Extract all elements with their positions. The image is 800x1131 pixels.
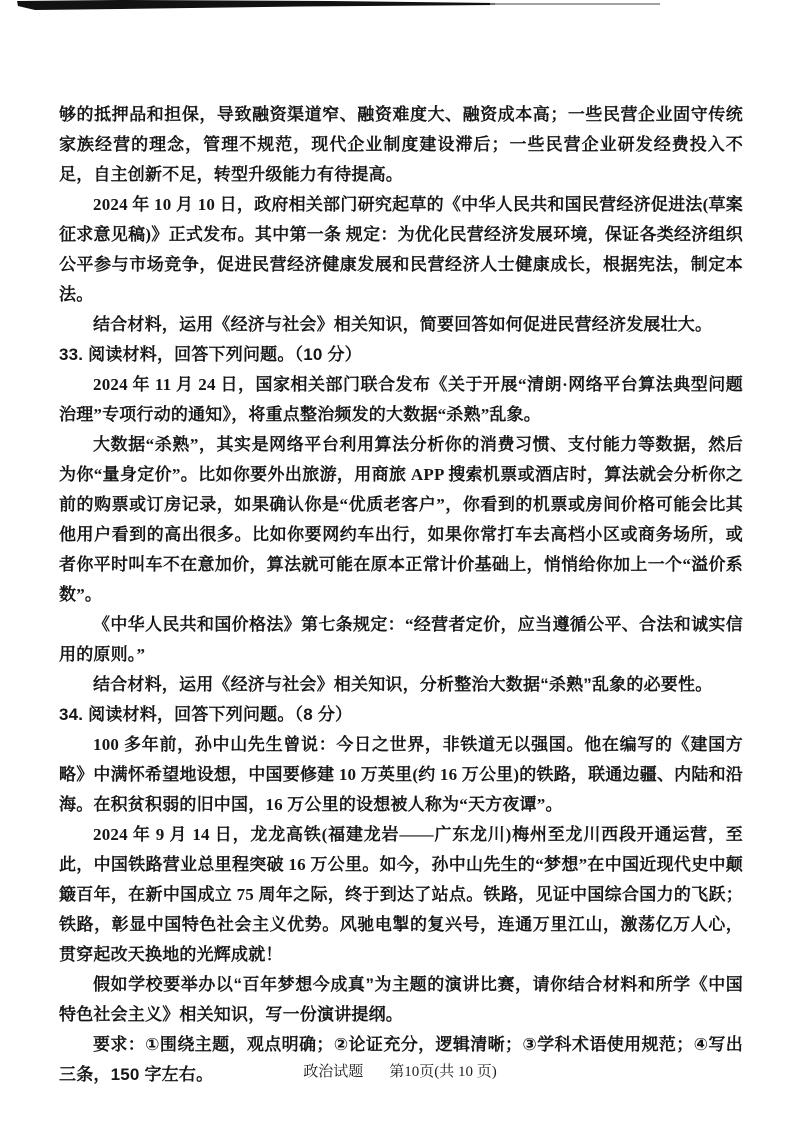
materials-q32-law-draft: 2024 年 10 月 10 日，政府相关部门研究起草的《中华人民共和国民营经济… bbox=[59, 190, 743, 310]
scan-artifact-top bbox=[0, 0, 800, 14]
materials-q33-big-data-explain: 大数据“杀熟”，其实是网络平台利用算法分析你的消费习惯、支付能力等数据，然后为你… bbox=[59, 430, 743, 610]
footer-doc-title: 政治试题 bbox=[303, 1064, 363, 1080]
materials-q32-continuation: 够的抵押品和担保，导致融资渠道窄、融资难度大、融资成本高；一些民营企业固守传统家… bbox=[59, 100, 743, 190]
materials-q34-railway: 2024 年 9 月 14 日，龙龙高铁(福建龙岩——广东龙川)梅州至龙川西段开… bbox=[59, 820, 743, 970]
question-33-header: 33. 阅读材料，回答下列问题。（10 分） bbox=[59, 340, 743, 370]
materials-q33-notice: 2024 年 11 月 24 日，国家相关部门联合发布《关于开展“清朗·网络平台… bbox=[59, 370, 743, 430]
question-32-task: 结合材料，运用《经济与社会》相关知识，简要回答如何促进民营经济发展壮大。 bbox=[59, 310, 743, 340]
footer-page-number: 第10页(共 10 页) bbox=[389, 1064, 497, 1080]
exam-body: 够的抵押品和担保，导致融资渠道窄、融资难度大、融资成本高；一些民营企业固守传统家… bbox=[59, 100, 743, 1090]
question-33-task: 结合材料，运用《经济与社会》相关知识，分析整治大数据“杀熟”乱象的必要性。 bbox=[59, 670, 743, 700]
scanned-exam-page: { "page": { "background": "#ffffff", "in… bbox=[0, 0, 800, 1131]
materials-q33-price-law: 《中华人民共和国价格法》第七条规定：“经营者定价，应当遵循公平、合法和诚实信用的… bbox=[59, 610, 743, 670]
materials-q34-sun-yat-sen: 100 多年前，孙中山先生曾说：今日之世界，非铁道无以强国。他在编写的《建国方略… bbox=[59, 730, 743, 820]
page-footer: 政治试题第10页(共 10 页) bbox=[0, 1060, 800, 1081]
question-34-header: 34. 阅读材料，回答下列问题。（8 分） bbox=[59, 700, 743, 730]
question-34-task: 假如学校要举办以“百年梦想今成真”为主题的演讲比赛，请你结合材料和所学《中国特色… bbox=[59, 970, 743, 1030]
